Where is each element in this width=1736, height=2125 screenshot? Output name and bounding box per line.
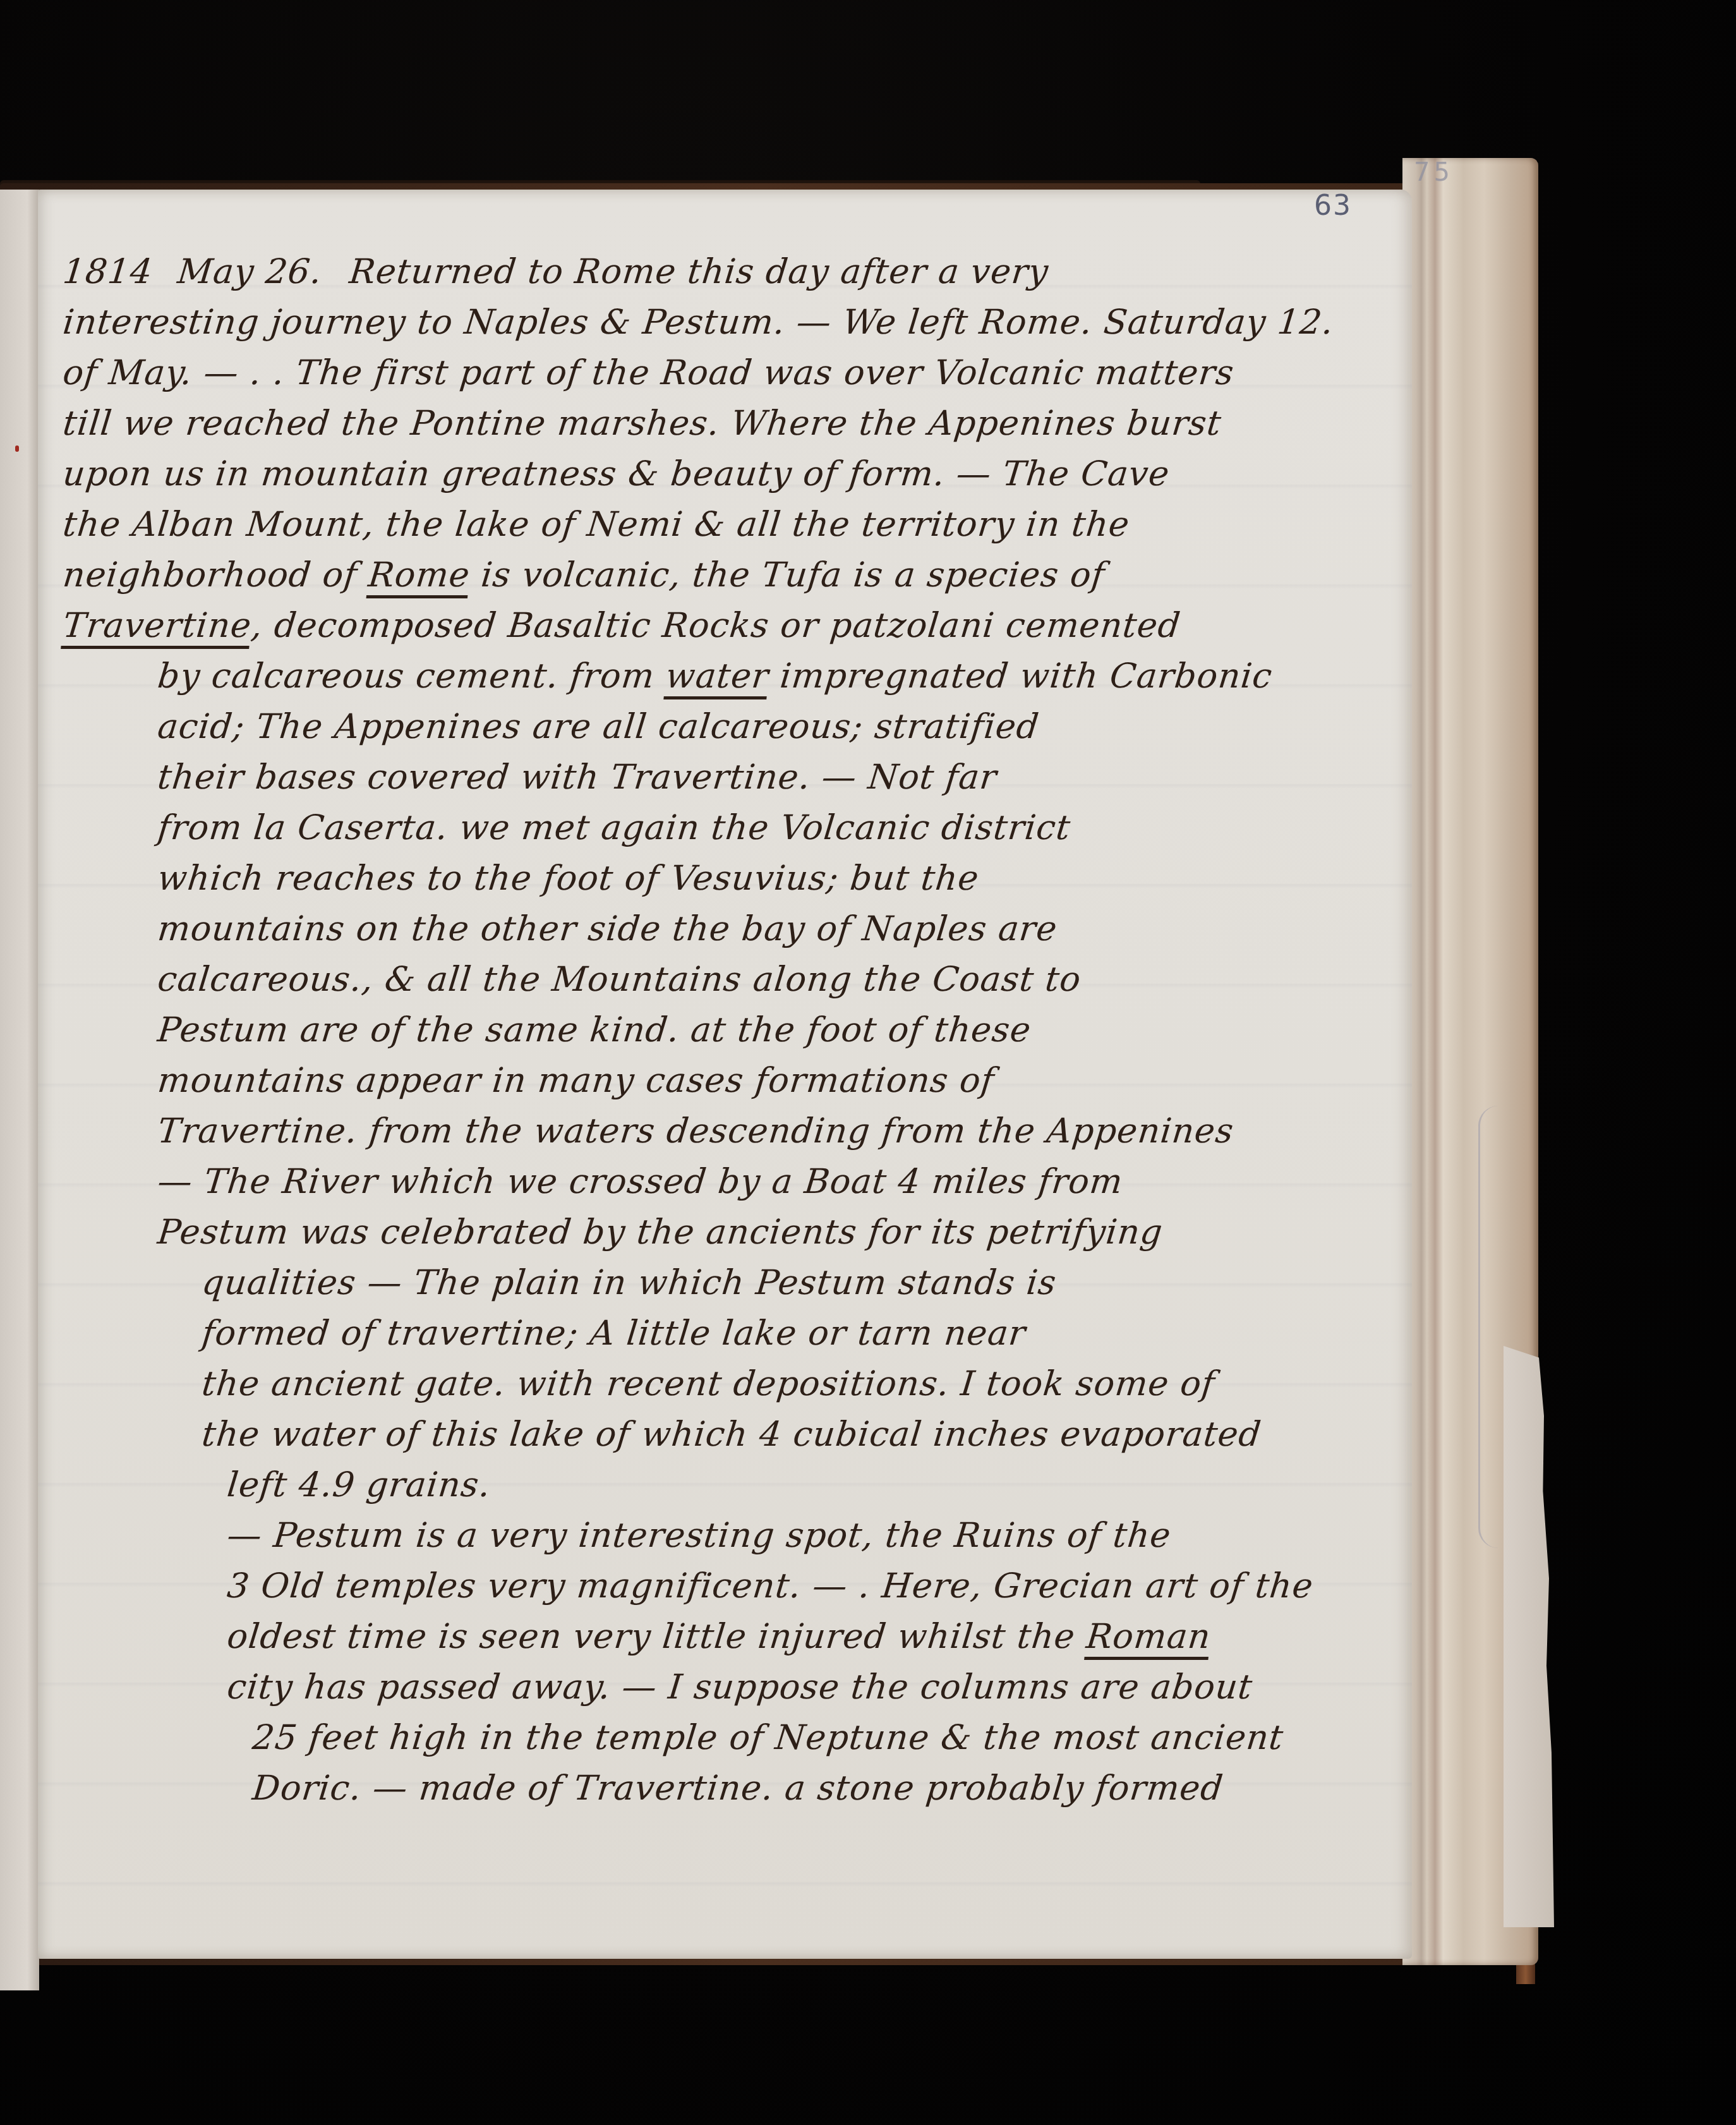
- manuscript-line: which reaches to the foot of Vesuvius; b…: [61, 853, 1354, 904]
- facing-page-sliver: [0, 190, 39, 1990]
- manuscript-line: left 4.9 grains.: [61, 1460, 1354, 1510]
- line-text: Doric. — made of Travertine. a stone pro…: [251, 1768, 1226, 1808]
- line-text: which reaches to the foot of Vesuvius; b…: [156, 858, 981, 898]
- manuscript-line: from la Caserta. we met again the Volcan…: [61, 802, 1354, 853]
- line-text: , decomposed Basaltic Rocks or patzolani…: [250, 605, 1183, 645]
- line-text: — Pestum is a very interesting spot, the…: [226, 1515, 1173, 1555]
- line-text: till we reached the Pontine marshes. Whe…: [61, 403, 1224, 443]
- manuscript-line: 3 Old temples very magnificent. — . Here…: [61, 1561, 1354, 1611]
- line-text: of May. — . . The first part of the Road…: [61, 353, 1236, 392]
- manuscript-line: oldest time is seen very little injured …: [61, 1611, 1354, 1662]
- line-text: Pestum are of the same kind. at the foot…: [156, 1010, 1034, 1050]
- manuscript-line: 1814May 26.Returned to Rome this day aft…: [61, 246, 1354, 297]
- line-text: 25 feet high in the temple of Neptune & …: [251, 1717, 1286, 1757]
- manuscript-line: formed of travertine; A little lake or t…: [61, 1308, 1354, 1359]
- manuscript-line: calcareous., & all the Mountains along t…: [61, 954, 1354, 1005]
- manuscript-line: the ancient gate. with recent deposition…: [61, 1359, 1354, 1409]
- line-text: mountains on the other side the bay of N…: [156, 909, 1059, 948]
- line-text: the water of this lake of which 4 cubica…: [200, 1414, 1263, 1454]
- underlined-word: Travertine: [61, 605, 254, 645]
- line-text: qualities — The plain in which Pestum st…: [200, 1262, 1059, 1302]
- line-text: from la Caserta. we met again the Volcan…: [156, 808, 1073, 847]
- manuscript-line: Pestum was celebrated by the ancients fo…: [61, 1207, 1354, 1257]
- manuscript-line: Doric. — made of Travertine. a stone pro…: [61, 1763, 1354, 1813]
- manuscript-line: Travertine. from the waters descending f…: [61, 1106, 1354, 1156]
- manuscript-line: neighborhood of Rome is volcanic, the Tu…: [61, 550, 1354, 600]
- line-text: calcareous., & all the Mountains along t…: [156, 959, 1083, 999]
- manuscript-line: acid; The Appenines are all calcareous; …: [61, 701, 1354, 752]
- line-text: mountains appear in many cases formation…: [156, 1060, 997, 1100]
- manuscript-line: upon us in mountain greatness & beauty o…: [61, 449, 1354, 499]
- underlined-word: Rome: [366, 555, 472, 595]
- underlined-word: water: [664, 656, 771, 696]
- line-text: 3 Old temples very magnificent. — . Here…: [226, 1566, 1315, 1606]
- manuscript-line: the Alban Mount, the lake of Nemi & all …: [61, 499, 1354, 550]
- manuscript-line: of May. — . . The first part of the Road…: [61, 348, 1354, 398]
- manuscript-line: city has passed away. — I suppose the co…: [61, 1662, 1354, 1712]
- line-text: the Alban Mount, the lake of Nemi & all …: [61, 504, 1132, 544]
- line-text: acid; The Appenines are all calcareous; …: [156, 706, 1041, 746]
- manuscript-line: the water of this lake of which 4 cubica…: [61, 1409, 1354, 1460]
- line-text: oldest time is seen very little injured …: [226, 1616, 1089, 1656]
- manuscript-line: Pestum are of the same kind. at the foot…: [61, 1005, 1354, 1055]
- line-text: city has passed away. — I suppose the co…: [226, 1667, 1255, 1707]
- manuscript-line: — Pestum is a very interesting spot, the…: [61, 1510, 1354, 1561]
- journal-entry: 1814May 26.Returned to Rome this day aft…: [63, 246, 1352, 1813]
- line-text: — The River which we crossed by a Boat 4…: [156, 1161, 1125, 1201]
- manuscript-line: 25 feet high in the temple of Neptune & …: [61, 1712, 1354, 1763]
- line-text: interesting journey to Naples & Pestum. …: [61, 302, 1336, 342]
- manuscript-line: Travertine, decomposed Basaltic Rocks or…: [61, 600, 1354, 651]
- page-number: 63: [1314, 190, 1352, 222]
- line-text: neighborhood of: [61, 555, 371, 595]
- line-text: upon us in mountain greatness & beauty o…: [61, 454, 1172, 493]
- line-text: Returned to Rome this day after a very: [347, 251, 1051, 291]
- manuscript-line: qualities — The plain in which Pestum st…: [61, 1257, 1354, 1308]
- stack-folio-number: 75: [1414, 158, 1454, 187]
- line-text: Pestum was celebrated by the ancients fo…: [156, 1212, 1165, 1252]
- line-text: is volcanic, the Tufa is a species of: [468, 555, 1107, 595]
- line-text: the ancient gate. with recent deposition…: [200, 1364, 1217, 1403]
- line-text: impregnated with Carbonic: [767, 656, 1274, 696]
- manuscript-line: till we reached the Pontine marshes. Whe…: [61, 398, 1354, 449]
- manuscript-line: — The River which we crossed by a Boat 4…: [61, 1156, 1354, 1207]
- manuscript-line: interesting journey to Naples & Pestum. …: [61, 297, 1354, 348]
- line-text: Travertine. from the waters descending f…: [156, 1111, 1236, 1151]
- line-text: left 4.9 grains.: [226, 1465, 493, 1504]
- manuscript-line: mountains appear in many cases formation…: [61, 1055, 1354, 1106]
- manuscript-line: their bases covered with Travertine. — N…: [61, 752, 1354, 802]
- line-text: by calcareous cement. from: [156, 656, 668, 696]
- entry-year: 1814: [61, 251, 155, 291]
- line-text: their bases covered with Travertine. — N…: [156, 757, 999, 797]
- entry-date: May 26.: [176, 251, 324, 291]
- line-text: formed of travertine; A little lake or t…: [200, 1313, 1028, 1353]
- underlined-word: Roman: [1085, 1616, 1213, 1656]
- red-ink-mark: [15, 445, 19, 452]
- manuscript-line: mountains on the other side the bay of N…: [61, 904, 1354, 954]
- manuscript-line: by calcareous cement. from water impregn…: [61, 651, 1354, 701]
